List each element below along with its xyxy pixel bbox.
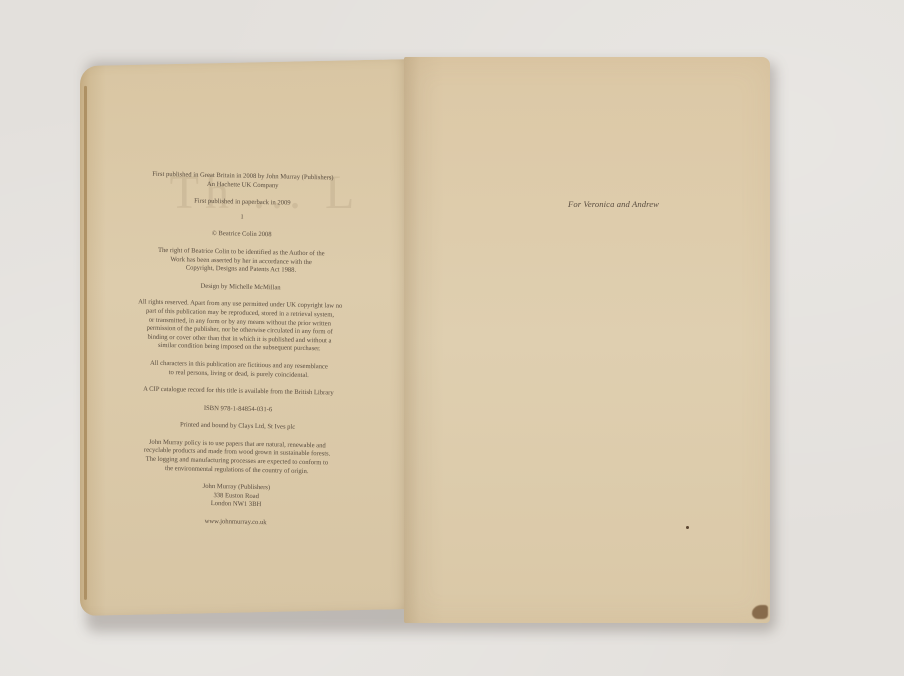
copyright-page-text: First published in Great Britain in 2008… — [110, 170, 368, 539]
paper-policy: John Murray policy is to use papers that… — [112, 438, 363, 478]
photo-scene: Th ... L First published in Great Britai… — [0, 0, 904, 676]
ornament: 1 — [117, 211, 367, 225]
all-rights-reserved: All rights reserved. Apart from any use … — [114, 298, 365, 355]
printer: Printed and bound by Clays Ltd, St Ives … — [113, 420, 363, 434]
copyright-notice: © Beatrice Colin 2008 — [117, 228, 367, 242]
right-page — [404, 57, 770, 623]
paperback-line: First published in paperback in 2009 — [117, 196, 367, 210]
fiction-disclaimer: All characters in this publication are f… — [114, 359, 364, 381]
publisher-website: www.johnmurray.co.uk — [111, 516, 361, 530]
paper-speck — [686, 526, 689, 529]
publisher-address: John Murray (Publishers) 338 Euston Road… — [111, 481, 361, 512]
moral-rights: The right of Beatrice Colin to be identi… — [116, 246, 366, 277]
design-credit: Design by Michelle McMillan — [116, 281, 366, 295]
cip-record: A CIP catalogue record for this title is… — [113, 385, 363, 399]
dedication: For Veronica and Andrew — [568, 199, 659, 209]
isbn: ISBN 978-1-84854-031-6 — [113, 403, 363, 417]
corner-stain — [752, 605, 768, 619]
